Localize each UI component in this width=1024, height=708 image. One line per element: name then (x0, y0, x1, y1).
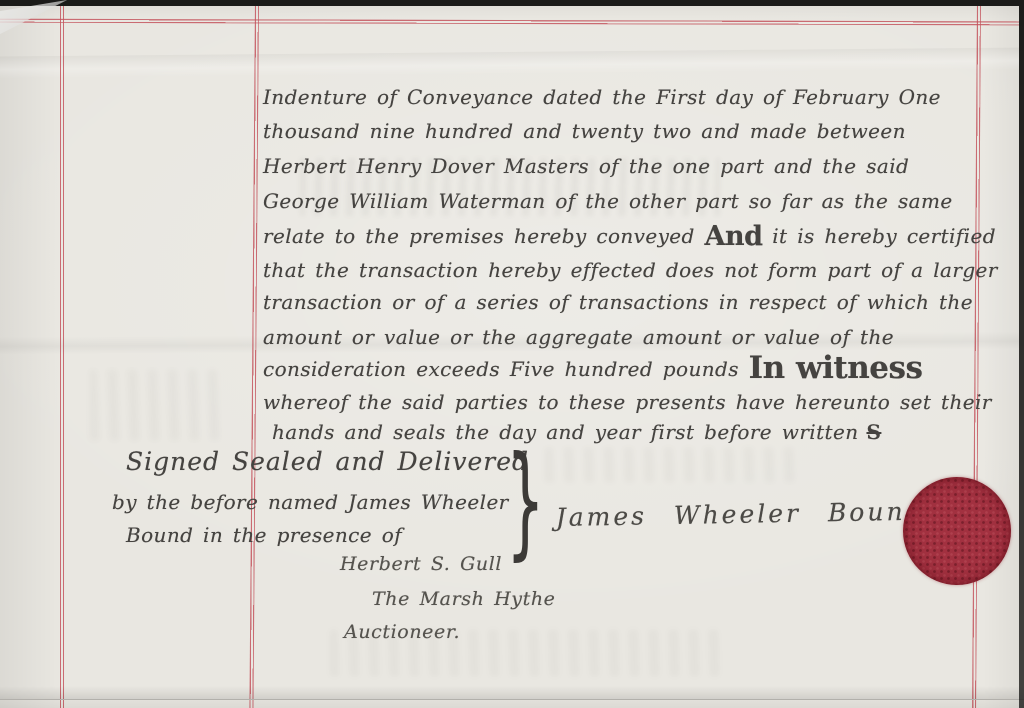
ruled-line-vertical-right (972, 0, 981, 708)
ruled-line-vertical-left (60, 0, 64, 708)
wax-seal (903, 477, 1011, 585)
attestation-line-2: by the before named James Wheeler (112, 484, 509, 520)
deed-line-5: relate to the premises hereby conveyed A… (263, 218, 996, 255)
blackletter-in-witness: In witness (749, 350, 923, 386)
photo-edge-top (0, 0, 1024, 6)
deed-line-2: thousand nine hundred and twenty two and… (263, 113, 906, 149)
photo-edge-right (1019, 0, 1024, 708)
witness-occupation: Auctioneer. (344, 614, 460, 650)
ink-bleedthrough (90, 370, 220, 440)
witness-address: The Marsh Hythe (372, 581, 556, 617)
deed-photograph: Indenture of Conveyance dated the First … (0, 0, 1024, 708)
attestation-brace: } (506, 440, 545, 562)
deed-line-4: George William Waterman of the other par… (263, 183, 953, 219)
ruled-line-horizontal-top (0, 19, 1024, 26)
deed-line-3: Herbert Henry Dover Masters of the one p… (263, 148, 909, 184)
blackletter-and: And (705, 221, 763, 252)
deed-line-1: Indenture of Conveyance dated the First … (263, 79, 941, 115)
end-flourish: S (866, 420, 881, 444)
witness-signature: Herbert S. Gull (340, 546, 502, 582)
ruled-line-vertical-inner (249, 0, 259, 708)
party-signature: James Wheeler Bound (555, 494, 924, 536)
deed-line-9: consideration exceeds Five hundred pound… (263, 350, 922, 387)
paper-bottom-fold (0, 686, 1024, 708)
deed-line-6: that the transaction hereby effected doe… (263, 252, 998, 288)
deed-line-7: transaction or of a series of transactio… (263, 284, 973, 320)
paper-crease (0, 48, 1024, 79)
ink-bleedthrough (545, 448, 795, 482)
paper-edge-line (0, 699, 1024, 700)
attestation-line-1: Signed Sealed and Delivered (126, 444, 529, 480)
